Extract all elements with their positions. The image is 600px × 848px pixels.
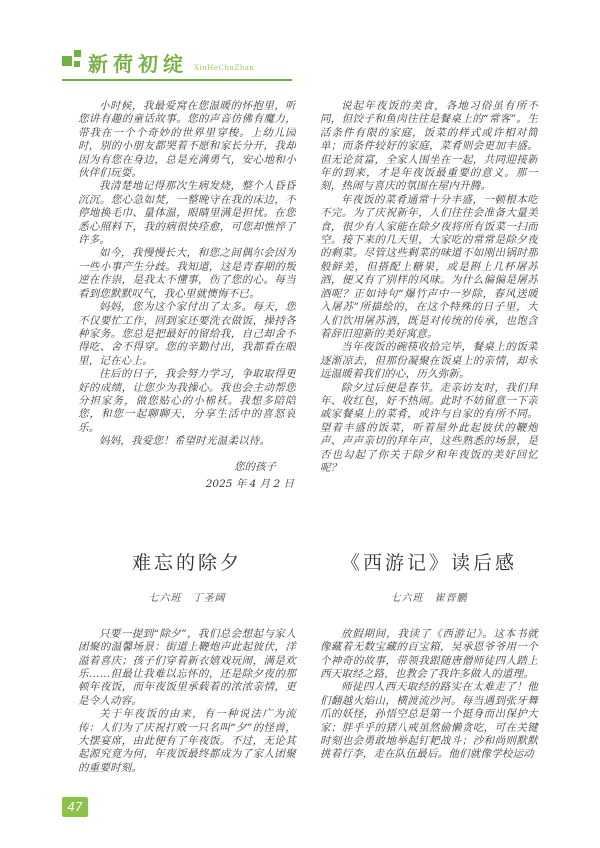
- magazine-page: 新荷初绽 XinHeChuZhan 小时候，我最爱窝在您温暖的怀抱里，听您讲有趣…: [0, 0, 600, 848]
- article-byline-chuxi: 七六班 丁圣阔: [78, 589, 296, 604]
- letter-signature-block: 您的孩子 2025 年 4 月 2 日: [78, 459, 296, 493]
- paragraph: 除夕过后便是春节。走亲访友时，我们拜年、收红包，好不热闹。此时不妨留意一下亲戚家…: [320, 382, 538, 476]
- paragraph: 妈妈，我爱您！希望时光温柔以待。: [78, 435, 296, 448]
- article-title-xiyouji: 《西游记》读后感: [320, 552, 538, 575]
- letter-date: 2025 年 4 月 2 日: [78, 476, 296, 493]
- essay-continuation-body: 说起年夜饭的美食，各地习俗虽有所不同，但饺子和鱼肉往往是餐桌上的“常客”。生活条…: [320, 100, 538, 475]
- logo-row: 新荷初绽 XinHeChuZhan: [62, 48, 292, 81]
- paragraph: 如今，我慢慢长大，和您之间偶尔会因为一些小事产生分歧。我知道，这是青春期的叛逆在…: [78, 247, 296, 301]
- paragraph: 妈妈，您为这个家付出了太多。每天，您不仅要忙工作，回到家还要洗衣做饭，操持各种家…: [78, 301, 296, 368]
- paragraph: 年夜饭的菜肴通常十分丰盛，一顿根本吃不完。为了庆祝新年，人们往往会准备大量美食，…: [320, 194, 538, 341]
- masthead: 新荷初绽 XinHeChuZhan: [62, 48, 292, 81]
- paragraph: 当年夜饭的碗筷收拾完毕，餐桌上的饭菜逐渐凉去，但那份凝聚在饭桌上的亲情，却永远温…: [320, 341, 538, 381]
- paragraph: 说起年夜饭的美食，各地习俗虽有所不同，但饺子和鱼肉往往是餐桌上的“常客”。生活条…: [320, 100, 538, 194]
- page-number-badge: 47: [62, 797, 88, 817]
- article-body-xiyouji: 放假期间，我读了《西游记》。这本书就像藏着无数宝藏的百宝箱，吴承恩爷爷用一个个神…: [320, 628, 538, 762]
- right-column: 说起年夜饭的美食，各地习俗虽有所不同，但饺子和鱼肉往往是餐桌上的“常客”。生活条…: [320, 100, 538, 775]
- article-body-chuxi: 只要一提到“除夕”，我们总会想起与家人团聚的温馨场景：街道上鞭炮声此起彼伏，洋溢…: [78, 628, 296, 775]
- logo-title: 新荷初绽: [88, 54, 188, 74]
- paragraph: 放假期间，我读了《西游记》。这本书就像藏着无数宝藏的百宝箱，吴承恩爷爷用一个个神…: [320, 628, 538, 682]
- paragraph: 往后的日子，我会努力学习，争取取得更好的成绩，让您少为我操心。我也会主动帮您分担…: [78, 368, 296, 435]
- two-column-body: 小时候，我最爱窝在您温暖的怀抱里，听您讲有趣的童话故事。您的声音仿佛有魔力，带我…: [78, 100, 538, 775]
- paragraph: 小时候，我最爱窝在您温暖的怀抱里，听您讲有趣的童话故事。您的声音仿佛有魔力，带我…: [78, 100, 296, 180]
- logo-subtitle: XinHeChuZhan: [194, 63, 254, 74]
- paragraph: 只要一提到“除夕”，我们总会想起与家人团聚的温馨场景：街道上鞭炮声此起彼伏，洋溢…: [78, 628, 296, 708]
- letter-signature: 您的孩子: [78, 459, 296, 476]
- article-byline-xiyouji: 七六班 崔晋鹏: [320, 589, 538, 604]
- logo-icon: [62, 48, 82, 74]
- essay-continuation-block: 说起年夜饭的美食，各地习俗虽有所不同，但饺子和鱼肉往往是餐桌上的“常客”。生活条…: [320, 100, 538, 552]
- left-column: 小时候，我最爱窝在您温暖的怀抱里，听您讲有趣的童话故事。您的声音仿佛有魔力，带我…: [78, 100, 296, 775]
- letter-body: 小时候，我最爱窝在您温暖的怀抱里，听您讲有趣的童话故事。您的声音仿佛有魔力，带我…: [78, 100, 296, 449]
- letter-block: 小时候，我最爱窝在您温暖的怀抱里，听您讲有趣的童话故事。您的声音仿佛有魔力，带我…: [78, 100, 296, 552]
- paragraph: 关于年夜饭的由来，有一种说法广为流传：人们为了庆祝打败一只名叫“夕”的怪兽，大摆…: [78, 708, 296, 775]
- paragraph: 我清楚地记得那次生病发烧，整个人昏昏沉沉。您心急如焚，一整晚守在我的床边，不停地…: [78, 180, 296, 247]
- paragraph: 师徒四人西天取经的路实在太难走了！他们翻越火焰山，横渡流沙河。每当遇到张牙舞爪的…: [320, 681, 538, 761]
- article-title-chuxi: 难忘的除夕: [78, 552, 296, 575]
